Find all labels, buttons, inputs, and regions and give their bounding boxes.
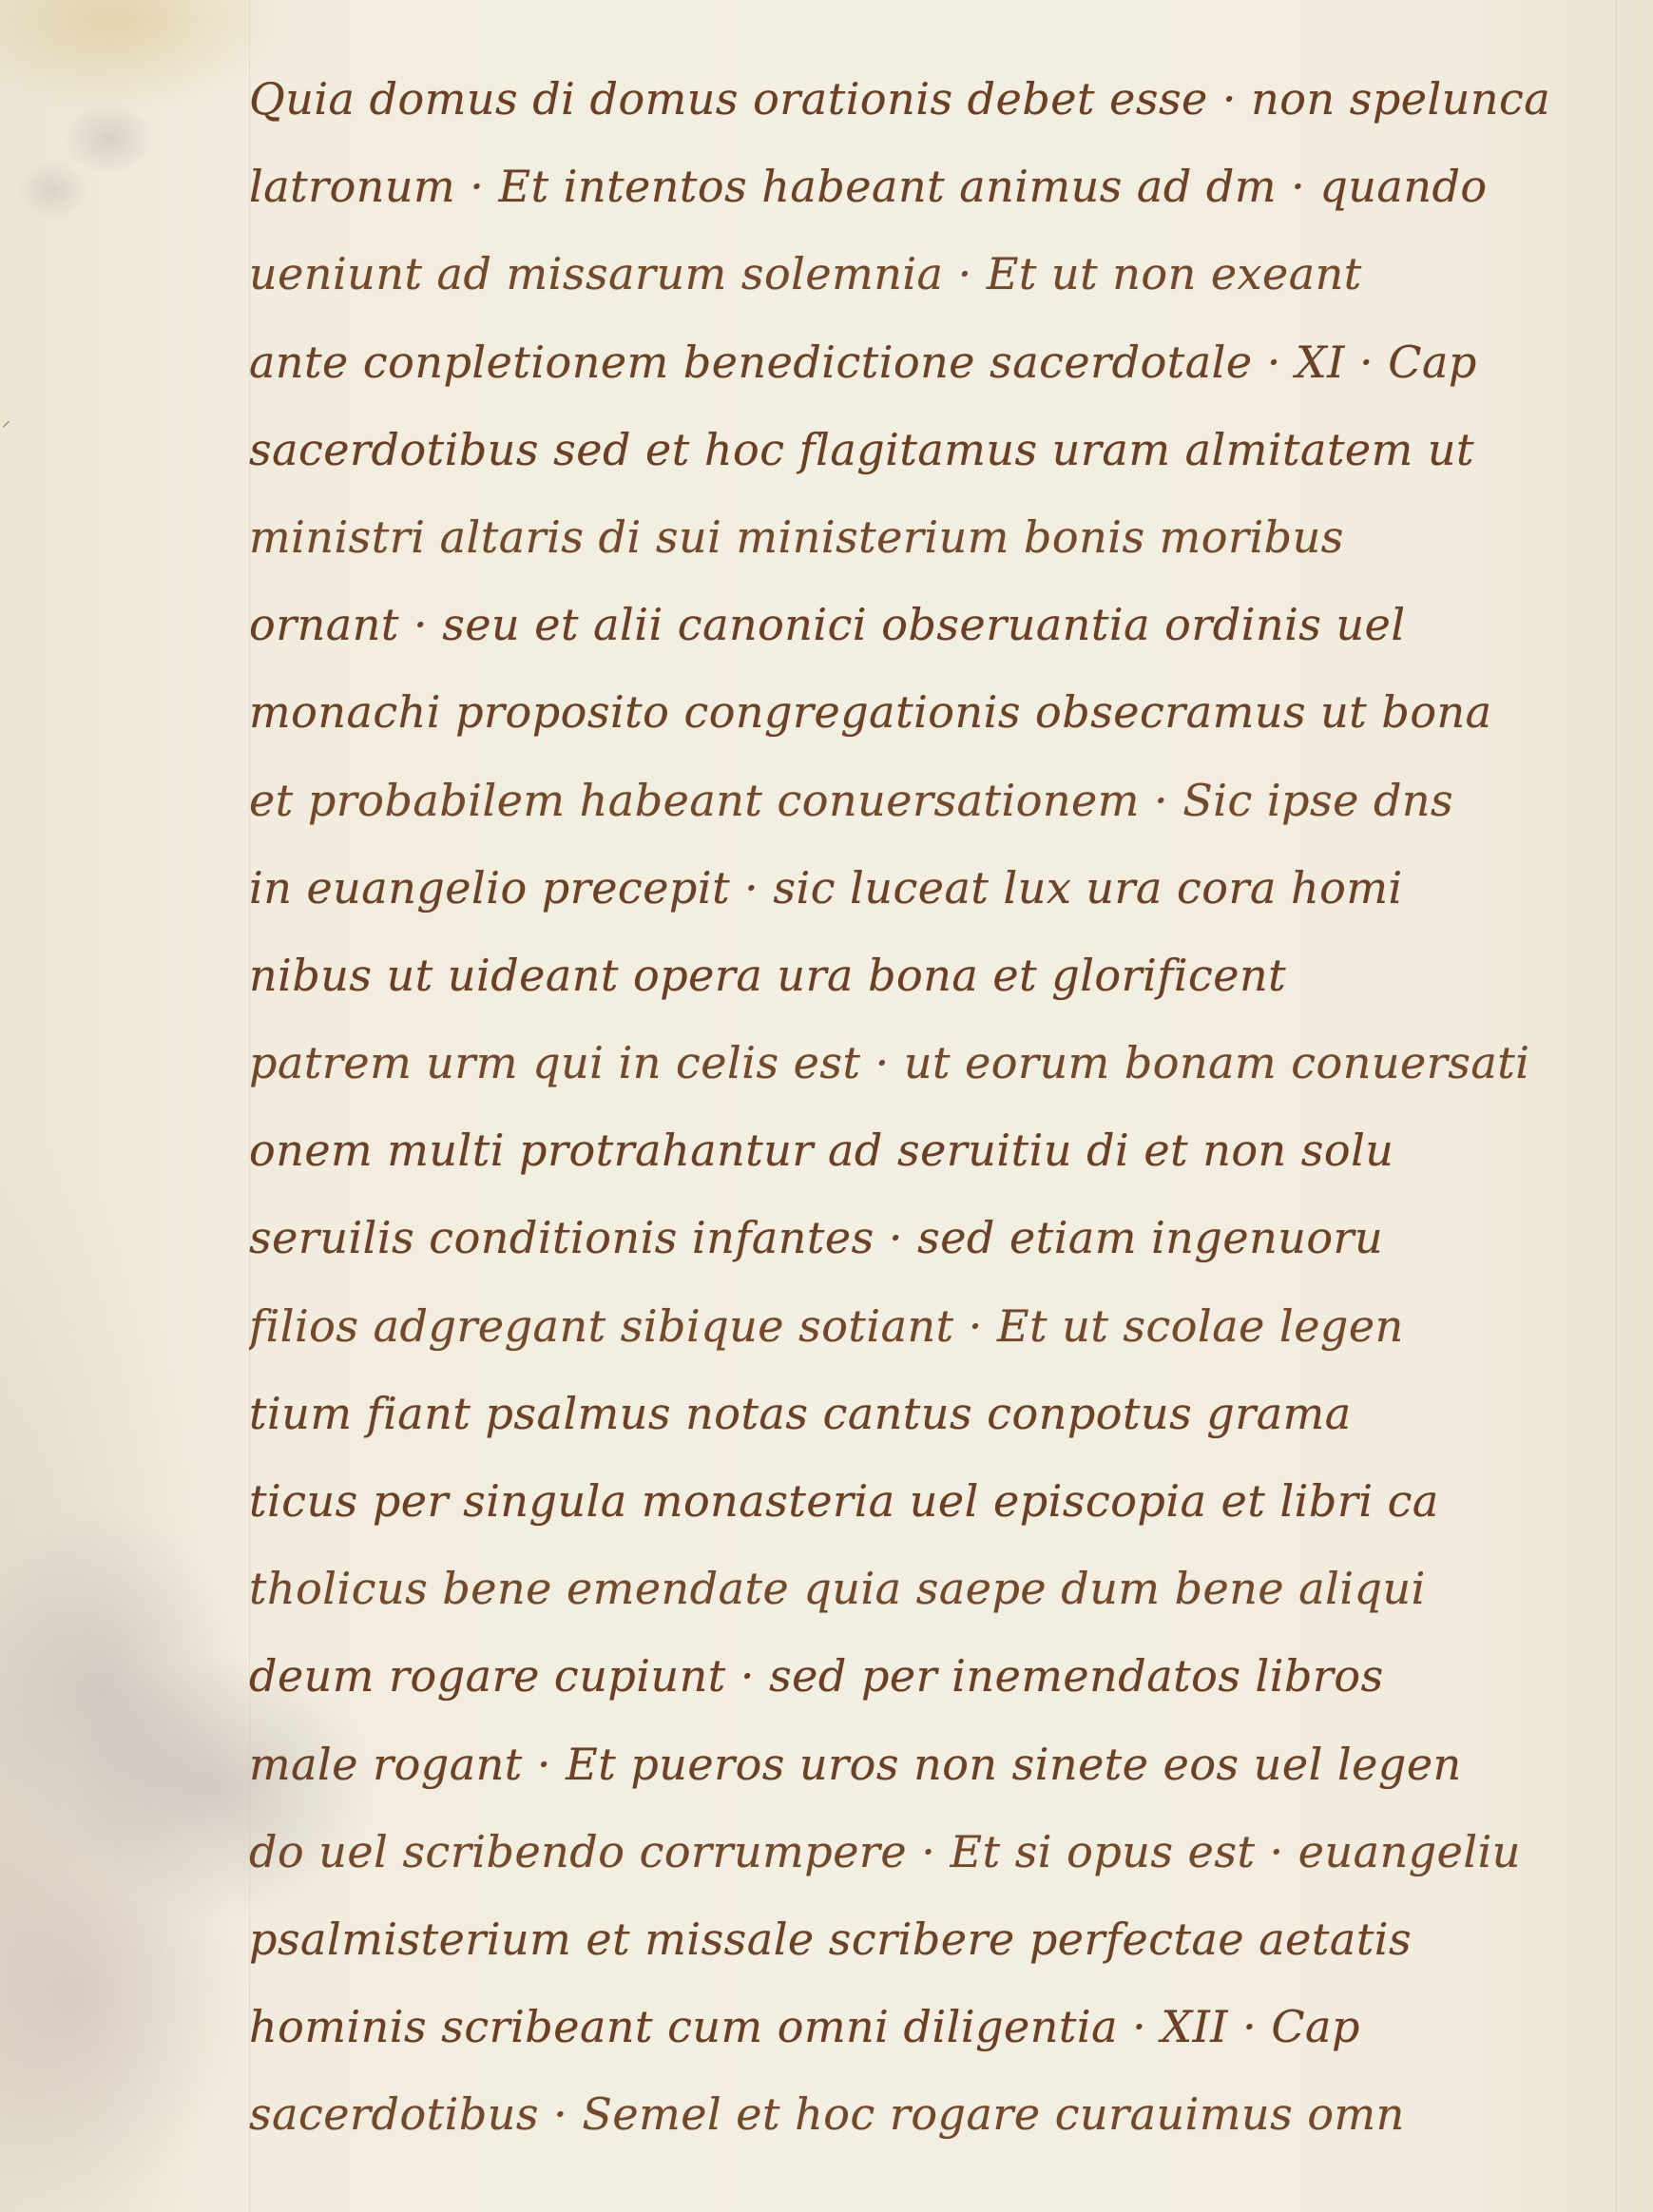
manuscript-line: latronum · Et intentos habeant animus ad… [249, 143, 1618, 230]
manuscript-line: male rogant · Et pueros uros non sinete … [249, 1721, 1618, 1808]
manuscript-line: do uel scribendo corrumpere · Et si opus… [249, 1808, 1618, 1895]
manuscript-line: ante conpletionem benedictione sacerdota… [249, 318, 1618, 406]
manuscript-line: deum rogare cupiunt · sed per inemendato… [249, 1632, 1618, 1720]
manuscript-line: patrem urm qui in celis est · ut eorum b… [249, 1019, 1618, 1106]
manuscript-line: sacerdotibus sed et hoc flagitamus uram … [249, 406, 1618, 493]
manuscript-line: tium fiant psalmus notas cantus conpotus… [249, 1370, 1618, 1457]
manuscript-line: nibus ut uideant opera ura bona et glori… [249, 932, 1618, 1019]
manuscript-line: psalmisterium et missale scribere perfec… [249, 1895, 1618, 1983]
manuscript-line: onem multi protrahantur ad seruitiu di e… [249, 1106, 1618, 1194]
manuscript-line: tholicus bene emendate quia saepe dum be… [249, 1545, 1618, 1632]
manuscript-line: in euangelio precepit · sic luceat lux u… [249, 844, 1618, 932]
manuscript-line: hominis scribeant cum omni diligentia · … [249, 1983, 1618, 2070]
manuscript-line: monachi proposito congregationis obsecra… [249, 668, 1618, 756]
manuscript-line: ornant · seu et alii canonici obseruanti… [249, 581, 1618, 668]
manuscript-line: ueniunt ad missarum solemnia · Et ut non… [249, 230, 1618, 317]
manuscript-line: ministri altaris di sui ministerium boni… [249, 493, 1618, 581]
manuscript-text-block: Quia domus di domus orationis debet esse… [249, 55, 1618, 2159]
manuscript-line: seruilis conditionis infantes · sed etia… [249, 1194, 1618, 1281]
manuscript-line: sacerdotibus · Semel et hoc rogare curau… [249, 2070, 1618, 2158]
parchment-page: ⸝ Quia domus di domus orationis debet es… [0, 0, 1653, 2212]
manuscript-line: filios adgregant sibique sotiant · Et ut… [249, 1282, 1618, 1370]
margin-ink-mark: ⸝ [2, 409, 15, 426]
manuscript-line: ticus per singula monasteria uel episcop… [249, 1457, 1618, 1545]
manuscript-line: et probabilem habeant conuersationem · S… [249, 757, 1618, 844]
manuscript-line: Quia domus di domus orationis debet esse… [249, 55, 1618, 143]
